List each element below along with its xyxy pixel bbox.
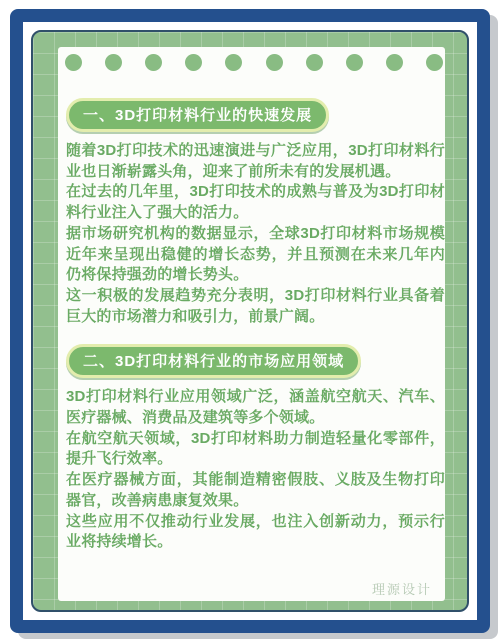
- paragraph: 据市场研究机构的数据显示，全球3D打印材料市场规模近年来呈现出稳健的增长态势，并…: [66, 224, 445, 286]
- section-1-body: 随着3D打印技术的迅速演进与广泛应用，3D打印材料行业也日渐崭露头角，迎来了前所…: [66, 141, 445, 327]
- binding-dot-icon: [145, 54, 162, 71]
- section-2-body: 3D打印材料行业应用领域广泛，涵盖航空航天、汽车、医疗器械、消费品及建筑等多个领…: [66, 387, 445, 553]
- paragraph: 这一积极的发展趋势充分表明，3D打印材料行业具备着巨大的市场潜力和吸引力，前景广…: [66, 286, 445, 327]
- paragraph: 在过去的几年里，3D打印技术的成熟与普及为3D打印材料行业注入了强大的活力。: [66, 182, 445, 223]
- paragraph: 这些应用不仅推动行业发展，也注入创新动力，预示行业将持续增长。: [66, 512, 445, 553]
- paragraph: 随着3D打印技术的迅速演进与广泛应用，3D打印材料行业也日渐崭露头角，迎来了前所…: [66, 141, 445, 182]
- binding-dot-icon: [105, 54, 122, 71]
- designer-watermark: 理源设计: [372, 579, 432, 598]
- binding-dot-icon: [225, 54, 242, 71]
- infographic-page: 一、3D打印材料行业的快速发展 随着3D打印技术的迅速演进与广泛应用，3D打印材…: [0, 0, 500, 643]
- green-grid-panel: 一、3D打印材料行业的快速发展 随着3D打印技术的迅速演进与广泛应用，3D打印材…: [31, 30, 469, 612]
- binding-dot-icon: [185, 54, 202, 71]
- binding-dot-icon: [65, 54, 82, 71]
- binding-dot-icon: [346, 54, 363, 71]
- note-card: 一、3D打印材料行业的快速发展 随着3D打印技术的迅速演进与广泛应用，3D打印材…: [58, 47, 445, 601]
- outer-frame: 一、3D打印材料行业的快速发展 随着3D打印技术的迅速演进与广泛应用，3D打印材…: [10, 9, 490, 633]
- paragraph: 在医疗器械方面，其能制造精密假肢、义肢及生物打印器官，改善病患康复效果。: [66, 470, 445, 511]
- binding-dot-icon: [266, 54, 283, 71]
- section-1-title: 一、3D打印材料行业的快速发展: [66, 98, 329, 132]
- paragraph: 在航空航天领域，3D打印材料助力制造轻量化零部件，提升飞行效率。: [66, 429, 445, 470]
- paragraph: 3D打印材料行业应用领域广泛，涵盖航空航天、汽车、医疗器械、消费品及建筑等多个领…: [66, 387, 445, 428]
- binding-dots-row: [65, 54, 443, 71]
- binding-dot-icon: [426, 54, 443, 71]
- binding-dot-icon: [386, 54, 403, 71]
- card-content: 一、3D打印材料行业的快速发展 随着3D打印技术的迅速演进与广泛应用，3D打印材…: [66, 98, 445, 553]
- binding-dot-icon: [306, 54, 323, 71]
- section-2-title: 二、3D打印材料行业的市场应用领域: [66, 344, 361, 378]
